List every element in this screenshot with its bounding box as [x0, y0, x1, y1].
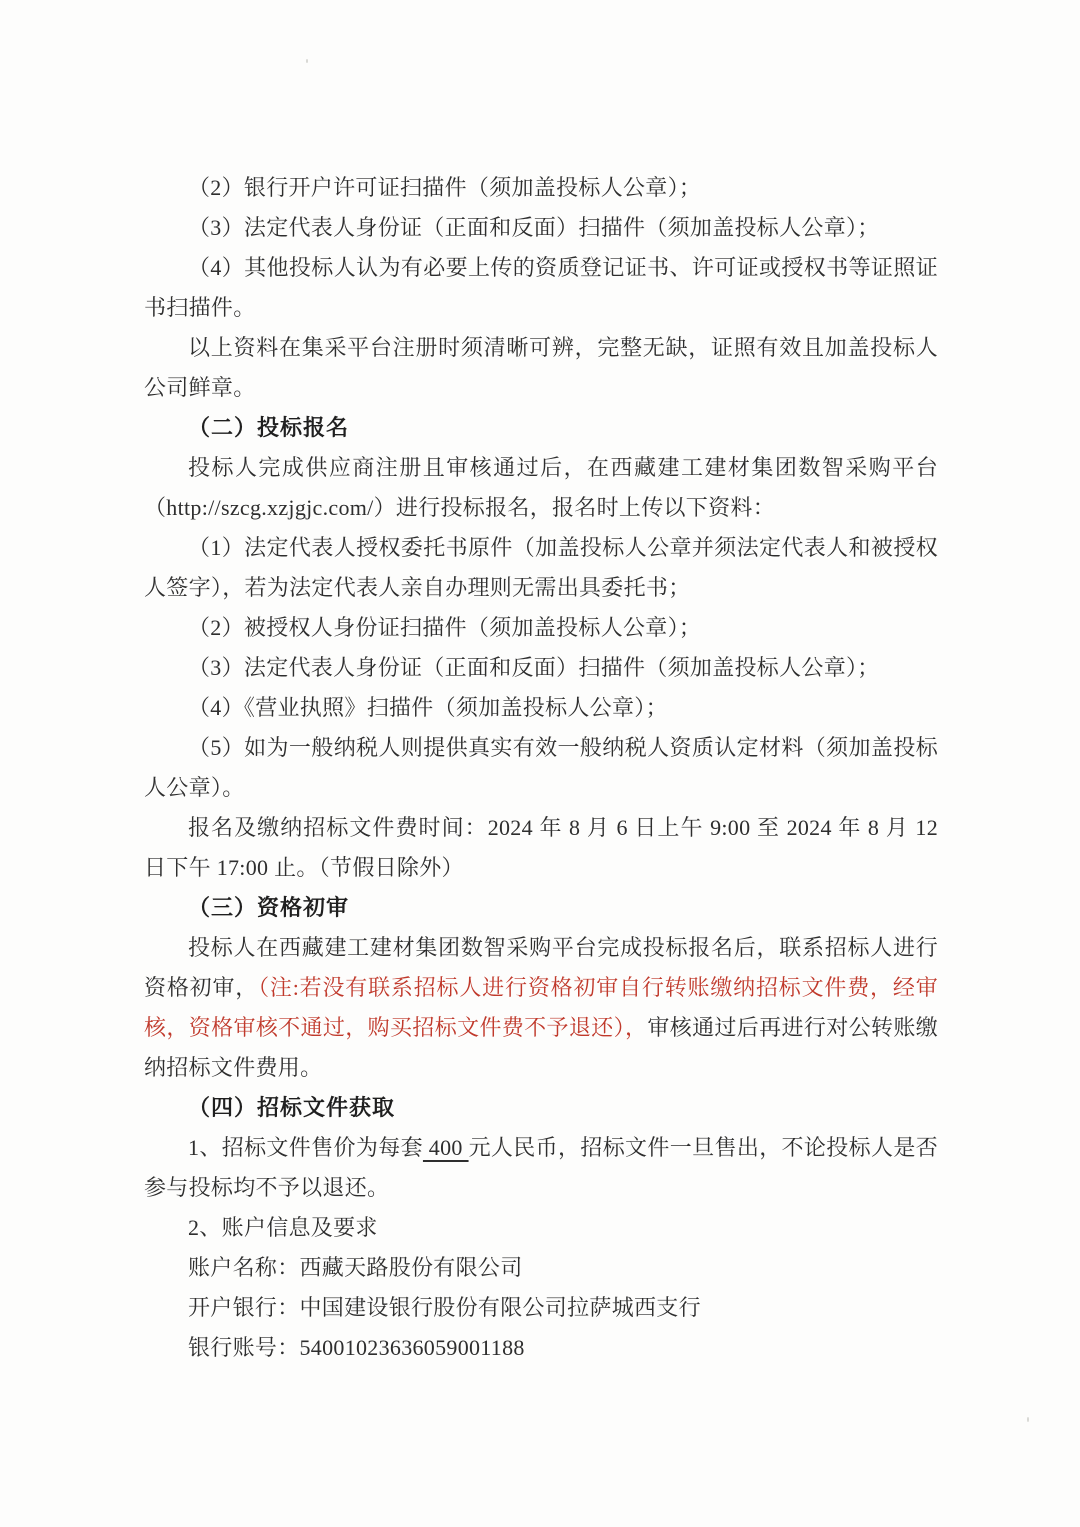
price-amount: 400	[423, 1135, 469, 1160]
paragraph-registration-intro: 投标人完成供应商注册且审核通过后，在西藏建工建材集团数智采购平台（http://…	[144, 448, 938, 528]
list-item-authorization-letter: （1）法定代表人授权委托书原件（加盖投标人公章并须法定代表人和被授权人签字），若…	[144, 528, 938, 608]
paragraph-register-note: 以上资料在集采平台注册时须清晰可辨，完整无缺，证照有效且加盖投标人公司鲜章。	[144, 328, 938, 408]
section-heading-qualification-review: （三）资格初审	[144, 888, 938, 928]
scan-speck	[1027, 1417, 1029, 1422]
paragraph-registration-deadline: 报名及缴纳招标文件费时间：2024 年 8 月 6 日上午 9:00 至 202…	[144, 808, 938, 888]
paragraph-document-price: 1、招标文件售价为每套 400 元人民币，招标文件一旦售出，不论投标人是否参与投…	[144, 1128, 938, 1208]
list-item-taxpayer-material: （5）如为一般纳税人则提供真实有效一般纳税人资质认定材料（须加盖投标人公章）。	[144, 728, 938, 808]
price-text-before: 1、招标文件售价为每套	[188, 1135, 423, 1160]
section-heading-document-acquisition: （四）招标文件获取	[144, 1088, 938, 1128]
paragraph-bank-account-number: 银行账号：54001023636059001188	[144, 1328, 938, 1368]
paragraph-qualification-review: 投标人在西藏建工建材集团数智采购平台完成投标报名后，联系招标人进行资格初审，（注…	[144, 928, 938, 1088]
paragraph-account-info-title: 2、账户信息及要求	[144, 1208, 938, 1248]
section-heading-bid-registration: （二）投标报名	[144, 408, 938, 448]
scanned-document-page: （2）银行开户许可证扫描件（须加盖投标人公章）； （3）法定代表人身份证（正面和…	[0, 0, 1080, 1527]
paragraph-bank-name: 开户银行：中国建设银行股份有限公司拉萨城西支行	[144, 1288, 938, 1328]
list-item-legal-rep-id: （3）法定代表人身份证（正面和反面）扫描件（须加盖投标人公章）；	[144, 208, 938, 248]
list-item-legal-rep-id-scan: （3）法定代表人身份证（正面和反面）扫描件（须加盖投标人公章）；	[144, 648, 938, 688]
scan-speck	[306, 59, 308, 63]
list-item-authorized-person-id: （2）被授权人身份证扫描件（须加盖投标人公章）；	[144, 608, 938, 648]
paragraph-account-name: 账户名称：西藏天路股份有限公司	[144, 1248, 938, 1288]
list-item-business-license: （4）《营业执照》扫描件（须加盖投标人公章）；	[144, 688, 938, 728]
list-item-other-certs: （4）其他投标人认为有必要上传的资质登记证书、许可证或授权书等证照证书扫描件。	[144, 248, 938, 328]
list-item-bank-permit: （2）银行开户许可证扫描件（须加盖投标人公章）；	[144, 168, 938, 208]
